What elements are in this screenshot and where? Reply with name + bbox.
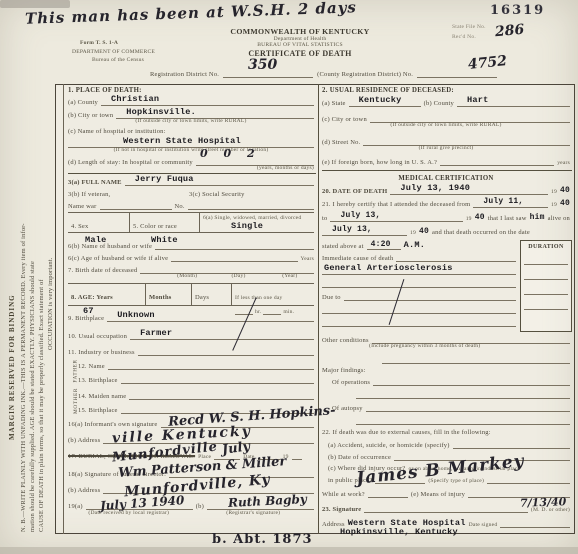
margin-note-3: CAUSE OF DEATH in plain terms, so that i… bbox=[38, 279, 45, 532]
dod-year-value: 40 bbox=[560, 187, 570, 195]
burial-date-handwritten: July bbox=[221, 440, 251, 457]
father-birthplace-label: 13. Birthplace bbox=[78, 377, 118, 384]
marital-cell: 6(a) Single, widowed, married, divorced … bbox=[200, 213, 314, 232]
residence-state-value: Kentucky bbox=[359, 96, 402, 105]
alive-suffix: alive on bbox=[548, 215, 570, 222]
last-year-prefix: 19 bbox=[410, 230, 416, 236]
birthplace-label: 9. Birthplace bbox=[68, 315, 104, 322]
full-name-label: 3(a) FULL NAME bbox=[68, 179, 122, 186]
to-label: to bbox=[322, 215, 327, 222]
physician-sig-label: 23. Signature bbox=[322, 506, 361, 513]
bureau-census: Bureau of the Census bbox=[92, 57, 144, 63]
duration-label: DURATION bbox=[521, 244, 571, 250]
margin-note-2: mation should be carefully supplied. AGE… bbox=[29, 261, 36, 532]
father-name-label: 12. Name bbox=[78, 363, 105, 370]
cause-of-death-value: General Arteriosclerosis bbox=[324, 264, 453, 273]
reg-district-label: Registration District No. bbox=[150, 71, 219, 78]
race-cell: 5. Color or race White bbox=[130, 213, 200, 232]
recd-no-label: Rec'd No. bbox=[452, 34, 476, 40]
means-of-injury-label: (e) Means of injury bbox=[411, 491, 465, 498]
hospital-value: Western State Hospital bbox=[123, 137, 241, 146]
bureau-vital-stats: BUREAU OF VITAL STATISTICS bbox=[190, 42, 410, 48]
while-at-work-label: While at work? bbox=[322, 491, 365, 498]
of-operations-label: Of operations bbox=[332, 379, 370, 386]
foreign-born-suffix: years bbox=[557, 160, 570, 166]
dept-commerce: DEPARTMENT OF COMMERCE bbox=[72, 49, 155, 55]
scan-smudge-bottom bbox=[0, 547, 578, 554]
residence-state-label: (a) State bbox=[322, 100, 346, 107]
birthplace-value: Unknown bbox=[117, 311, 155, 320]
state-file-label: State File No. bbox=[452, 24, 486, 30]
place-of-death-title: 1. PLACE OF DEATH: bbox=[68, 87, 142, 94]
informant-addr-label: (b) Address bbox=[68, 437, 100, 444]
other-conditions-hint: (Include pregnancy within 3 months of de… bbox=[369, 343, 480, 349]
county-label: (a) County bbox=[68, 99, 98, 106]
residence-city-hint: (If outside city or town limits, write R… bbox=[390, 122, 501, 128]
column-divider bbox=[318, 84, 319, 534]
immediate-cause-label: Immediate cause of death bbox=[322, 255, 393, 262]
physician-addr2: Hopkinsville, Kentucky bbox=[340, 528, 458, 537]
informant-sig-label: 16(a) Informant's own signature bbox=[68, 421, 158, 428]
race-label: 5. Color or race bbox=[133, 223, 177, 230]
funeral-addr-label: (b) Address bbox=[68, 487, 100, 494]
street-hint: (If rural give precinct) bbox=[419, 145, 474, 151]
registrar-row-label: 19(a) bbox=[68, 503, 83, 510]
age-days-cell: Days bbox=[192, 284, 232, 305]
date-signed-handwritten: 7/13/40 bbox=[520, 496, 567, 509]
of-autopsy-label: Of autopsy bbox=[332, 405, 363, 412]
marital-value: Single bbox=[231, 222, 311, 231]
ssn-no-label: No. bbox=[175, 203, 185, 210]
last-year-value: 40 bbox=[419, 228, 429, 236]
to-suffix: that I last saw bbox=[488, 215, 527, 222]
spouse-age-suffix: Years bbox=[301, 256, 314, 262]
residence-county-value: Hart bbox=[467, 96, 488, 105]
him-value: him bbox=[530, 214, 545, 222]
from-year-prefix: 19 bbox=[551, 202, 557, 208]
handwritten-stay-values: 0 0 2 bbox=[200, 148, 261, 159]
due-to-label: Due to bbox=[322, 294, 341, 301]
spouse-label: 6(b) Name of husband or wife bbox=[68, 243, 152, 250]
birth-year-hint: (Year) bbox=[266, 273, 314, 279]
mother-birthplace-label: 15. Birthplace bbox=[78, 407, 118, 414]
birth-day-hint: (Day) bbox=[214, 273, 262, 279]
sex-cell: 4. Sex Male bbox=[68, 213, 130, 232]
last-seen-value: July 13, bbox=[332, 226, 372, 234]
veteran-label: 3(b) If veteran, bbox=[68, 191, 186, 198]
mother-maiden-label: 14. Maiden name bbox=[78, 393, 126, 400]
handwritten-top-note: This man has been at W.S.H. 2 days bbox=[25, 0, 357, 27]
duration-box: DURATION bbox=[520, 240, 572, 332]
certificate-number-stamp: 16319 bbox=[490, 3, 545, 18]
stated-above-label: stated above at bbox=[322, 243, 364, 250]
dod-year-prefix: 19 bbox=[551, 189, 557, 195]
age-label: 8. AGE: Years bbox=[71, 294, 113, 301]
age-days-label: Days bbox=[195, 294, 209, 301]
time-of-death-value: 4:20 bbox=[371, 241, 391, 249]
spouse-age-label: 6(c) Age of husband or wife if alive bbox=[68, 255, 168, 262]
occupation-value: Farmer bbox=[140, 329, 172, 338]
date-of-death-value: July 13, 1940 bbox=[400, 184, 470, 193]
city-value: Hopkinsville. bbox=[126, 108, 196, 117]
occupation-label: 10. Usual occupation bbox=[68, 333, 127, 340]
scan-smudge-top bbox=[0, 0, 70, 8]
hospital-label: (c) Name of hospital or institution: bbox=[68, 128, 166, 135]
occurrence-label: (b) Date of occurrence bbox=[328, 454, 391, 461]
full-name-value: Jerry Fuqua bbox=[135, 175, 194, 184]
margin-binding-note: MARGIN RESERVED FOR BINDING bbox=[8, 294, 16, 440]
to-year-value: 40 bbox=[475, 214, 485, 222]
county-value: Christian bbox=[111, 95, 159, 104]
attended-to-value: July 13, bbox=[340, 212, 380, 220]
residence-county-label: (b) County bbox=[424, 100, 454, 107]
age-less-cell: If less than one day hr. min. bbox=[232, 284, 314, 305]
county-reg-label: (County Registration District) No. bbox=[317, 71, 413, 78]
veteran-name-war-label: Name war bbox=[68, 203, 97, 210]
form-number: Form T. S. 1-A bbox=[80, 40, 118, 46]
binding-gutter-line bbox=[63, 84, 64, 534]
stay-hint: (years, months or days) bbox=[257, 165, 314, 171]
major-findings-label: Major findings: bbox=[322, 367, 366, 374]
external-causes-label: 22. If death was due to external causes,… bbox=[322, 429, 491, 436]
handwritten-bottom-note: b. Abt. 1873 bbox=[212, 533, 313, 546]
to-year-prefix: 19 bbox=[466, 216, 472, 222]
age-years-cell: 8. AGE: Years 67 bbox=[68, 284, 146, 305]
death-certificate-scan: MARGIN RESERVED FOR BINDING N. B.—WRITE … bbox=[0, 0, 578, 554]
ampm-value: A.M. bbox=[404, 241, 425, 250]
from-year-value: 40 bbox=[560, 200, 570, 208]
birth-month-hint: (Month) bbox=[163, 273, 211, 279]
sex-label: 4. Sex bbox=[71, 223, 88, 230]
age-months-label: Months bbox=[149, 294, 172, 301]
age-less-label: If less than one day bbox=[235, 295, 283, 301]
registrar-sig-hint: (Registrar's signature) bbox=[193, 510, 315, 516]
last-suffix: and that death occurred on the date bbox=[432, 229, 530, 236]
certificate-title: CERTIFICATE OF DEATH bbox=[190, 49, 410, 58]
medical-cert-title: MEDICAL CERTIFICATION bbox=[398, 175, 493, 182]
residence-title: 2. USUAL RESIDENCE OF DECEASED: bbox=[322, 87, 454, 94]
date-signed-label: Date signed bbox=[469, 522, 498, 528]
margin-note-4: OCCUPATION is very important. bbox=[47, 257, 54, 350]
accident-label: (a) Accident, suicide, or homicide (spec… bbox=[328, 442, 450, 449]
foreign-born-label: (e) If foreign born, how long in U. S. A… bbox=[322, 159, 437, 166]
handwritten-file-no: 286 bbox=[494, 23, 524, 39]
age-months-cell: Months bbox=[146, 284, 192, 305]
ssn-label: 3(c) Social Security bbox=[189, 191, 245, 198]
industry-label: 11. Industry or business bbox=[68, 349, 135, 356]
margin-note-1: N. B.—WRITE PLAINLY WITH UNFADING INK.—T… bbox=[20, 223, 27, 532]
city-hint: (If outside city or town limits, write R… bbox=[135, 118, 246, 124]
handwritten-county-reg: 4752 bbox=[467, 54, 507, 72]
registrar-b-label: (b) bbox=[196, 503, 204, 510]
certify-label: 21. I hereby certify that I attended the… bbox=[322, 201, 470, 208]
handwritten-reg-district: 350 bbox=[248, 58, 277, 72]
date-of-death-label: 20. DATE OF DEATH bbox=[322, 188, 387, 195]
attended-from-value: July 11, bbox=[483, 198, 523, 206]
commonwealth-title: COMMONWEALTH OF KENTUCKY bbox=[190, 27, 410, 36]
